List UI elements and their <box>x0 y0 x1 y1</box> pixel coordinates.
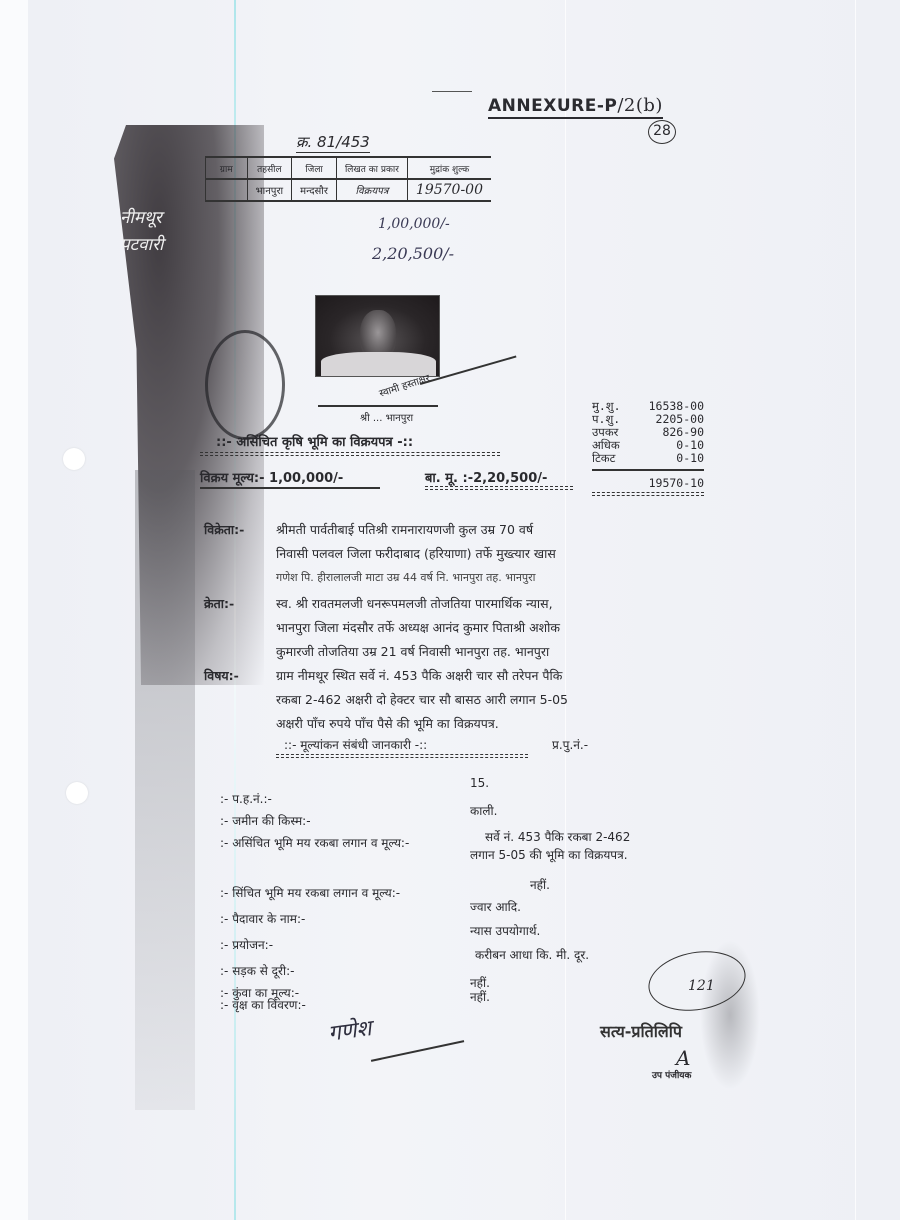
market-value: बा. मू. :-2,20,500/- <box>425 468 547 486</box>
divider <box>200 452 500 456</box>
certifier-title: उप पंजीयक <box>652 1068 691 1081</box>
seller-line: निवासी पलवल जिला फरीदाबाद (हरियाणा) तर्फ… <box>204 542 744 566</box>
valuation-label: :- वृक्ष का विवरण:- <box>220 996 306 1013</box>
valuation-value: सर्वे नं. 453 पैकि रकबा 2-462 <box>485 828 630 845</box>
header-cell: मुद्रांक शुल्क <box>407 157 491 179</box>
value-cell: मन्दसौर <box>292 179 337 201</box>
document-title: ::- असिंचित कृषि भूमि का विक्रयपत्र -:: <box>216 432 413 450</box>
valuation-heading-right: प्र.पु.नं.- <box>552 736 588 753</box>
valuation-value: काली. <box>470 802 497 819</box>
page-number: 28 <box>648 120 676 144</box>
seller-line: गणेश पि. हीरालालजी माटा उम्र 44 वर्ष नि.… <box>204 566 744 590</box>
seller-photo <box>315 295 440 377</box>
valuation-label: :- सड़क से दूरी:- <box>220 962 294 979</box>
punch-hole <box>63 448 85 470</box>
seller-signature: गणेश <box>326 1012 373 1048</box>
divider <box>425 486 573 490</box>
stamp-duty-breakdown: मु.शु.16538-00 प.शु.2205-00 उपकर826-90 अ… <box>592 400 704 496</box>
punch-hole <box>66 782 88 804</box>
seller-line: श्रीमती पार्वतीबाई पतिश्री रामनारायणजी क… <box>276 522 533 537</box>
photo-caption: श्री ... भानपुरा <box>360 410 413 424</box>
valuation-value: लगान 5-05 की भूमि का विक्रयपत्र. <box>470 846 628 863</box>
handwritten-village: नीमथूर <box>120 205 162 228</box>
valuation-label: :- सिंचित भूमि मय रकबा लगान व मूल्य:- <box>220 884 400 901</box>
stamp-number: क्र. 81/453 <box>296 132 370 153</box>
subject-line: अक्षरी पाँच रुपये पाँच पैसे की भूमि का व… <box>204 712 744 736</box>
subject-line: ग्राम नीमथूर स्थित सर्वे नं. 453 पैकि अक… <box>276 668 562 683</box>
seller-section: विक्रेता:-श्रीमती पार्वतीबाई पतिश्री राम… <box>204 518 744 590</box>
valuation-value: न्यास उपयोगार्थ. <box>470 922 540 939</box>
valuation-value: नहीं. <box>470 988 490 1005</box>
official-seal <box>205 330 285 440</box>
value-cell: नीमथूर <box>206 179 248 201</box>
scanner-artifact-line <box>855 0 856 1220</box>
value-cell: विक्रयपत्र <box>336 179 407 201</box>
valuation-heading: ::- मूल्यांकन संबंधी जानकारी -:: <box>284 736 427 753</box>
stamp-label: टिकट <box>592 452 615 465</box>
handwritten-amount: 2,20,500/- <box>372 244 454 263</box>
stamp-table-row: नीमथूर भानपुरा मन्दसौर विक्रयपत्र 19570-… <box>206 179 492 201</box>
valuation-label: :- प्रयोजन:- <box>220 936 273 953</box>
valuation-label: :- असिंचित भूमि मय रकबा लगान व मूल्य:- <box>220 834 409 851</box>
stamp-amount: 0-10 <box>676 452 704 465</box>
valuation-value: 15. <box>470 776 489 790</box>
buyer-line: कुमारजी तोजतिया उम्र 21 वर्ष निवासी भानप… <box>204 640 744 664</box>
divider <box>200 487 380 489</box>
annexure-text: ANNEXURE-P <box>488 96 617 116</box>
stamp-table: ग्राम तहसील जिला लिखत का प्रकार मुद्रांक… <box>205 156 491 202</box>
sale-value: विक्रय मूल्य:- 1,00,000/- <box>200 468 343 486</box>
header-cell: ग्राम <box>206 157 248 179</box>
signature-line <box>318 405 438 407</box>
stamp-row: टिकट0-10 <box>592 452 704 465</box>
buyer-line: स्व. श्री रावतमलजी धनरूपमलजी तोजतिया पार… <box>276 596 553 611</box>
header-cell: तहसील <box>247 157 292 179</box>
handwritten-amount: 1,00,000/- <box>378 216 450 232</box>
buyer-section: क्रेता:-स्व. श्री रावतमलजी धनरूपमलजी तोज… <box>204 592 744 664</box>
certifier-signature: A <box>676 1046 690 1070</box>
annexure-label: ANNEXURE-P/2(b) <box>488 95 663 119</box>
annexure-suffix: /2(b) <box>617 95 663 116</box>
stamp-total: 19570-10 <box>592 477 704 490</box>
subject-label: विषय:- <box>204 664 276 688</box>
divider <box>592 492 704 496</box>
header-cell: जिला <box>292 157 337 179</box>
divider <box>592 469 704 471</box>
handwritten-note: पटवारी <box>120 232 163 255</box>
valuation-value: करीबन आधा कि. मी. दूर. <box>475 946 589 963</box>
valuation-label: :- प.ह.नं.:- <box>220 790 272 807</box>
seller-label: विक्रेता:- <box>204 518 276 542</box>
divider <box>432 91 472 92</box>
photocopy-shadow <box>135 470 195 1110</box>
page-margin <box>0 0 28 1220</box>
certified-copy-stamp: सत्य-प्रतिलिपि <box>600 1020 682 1042</box>
oval-number: 121 <box>688 978 715 994</box>
valuation-value: ज्वार आदि. <box>470 898 521 915</box>
stamp-table-header: ग्राम तहसील जिला लिखत का प्रकार मुद्रांक… <box>206 157 492 179</box>
valuation-label: :- पैदावार के नाम:- <box>220 910 305 927</box>
subject-section: विषय:-ग्राम नीमथूर स्थित सर्वे नं. 453 प… <box>204 664 744 736</box>
header-cell: लिखत का प्रकार <box>336 157 407 179</box>
valuation-value: नहीं. <box>530 876 550 893</box>
buyer-label: क्रेता:- <box>204 592 276 616</box>
buyer-line: भानपुरा जिला मंदसौर तर्फे अध्यक्ष आनंद क… <box>204 616 744 640</box>
subject-line: रकबा 2-462 अक्षरी दो हेक्टर चार सौ बासठ … <box>204 688 744 712</box>
value-cell: 19570-00 <box>407 179 491 201</box>
divider <box>276 754 528 758</box>
valuation-label: :- जमीन की किस्म:- <box>220 812 311 829</box>
value-cell: भानपुरा <box>247 179 292 201</box>
